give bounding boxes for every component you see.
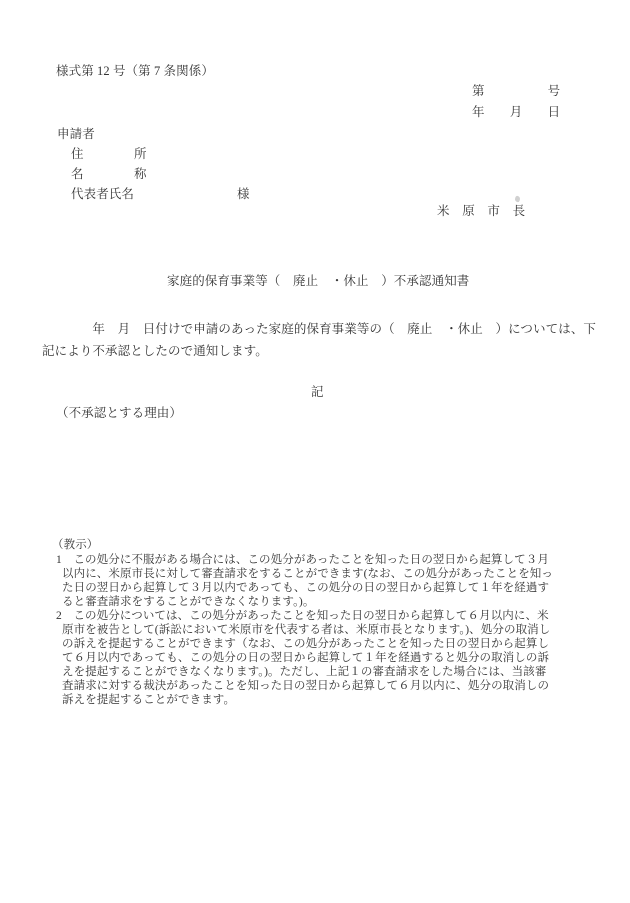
address-label: 住 所: [71, 147, 147, 161]
mayor-signature-line: 米 原 市 長: [437, 204, 525, 218]
kyoji-item2-line1: 2 この処分については、この処分があったことを知った日の翌日から起算して６月以内…: [56, 610, 549, 623]
kyoji-item2-line5: えを提起することができなくなります。)。ただし、上記１の審査請求をした場合には、…: [62, 666, 546, 679]
refusal-reason-label: （不承認とする理由）: [56, 406, 182, 420]
scanned-document-page: 様式第 12 号（第 7 条関係） 第 号 年 月 日 申請者 住 所 名 称 …: [0, 0, 630, 903]
body-paragraph-line-1: 年 月 日付けで申請のあった家庭的保育事業等の（ 廃止 ・休止 ）については、下: [42, 322, 596, 336]
body-paragraph-line-2: 記により不承認としたので通知します。: [42, 344, 268, 358]
kyoji-item1-line2: 以内に、米原市長に対して審査請求をすることができます(なお、この処分があったこと…: [62, 568, 553, 581]
kyoji-item2-line7: 訴えを提起することができます。: [62, 694, 235, 707]
document-number-line: 第 号: [472, 84, 560, 98]
kyoji-item2-line3: の訴えを提起することができます（なお、この処分があったことを知った日の翌日から起…: [62, 638, 549, 651]
applicant-label: 申請者: [57, 127, 95, 141]
kyoji-item2-line6: 査請求に対する裁決があったことを知った日の翌日から起算して６月以内に、処分の取消…: [62, 680, 549, 693]
kyoji-item2-line2: 原市を被告として(訴訟において米原市を代表する者は、米原市長となります。)、処分…: [62, 624, 550, 637]
kyoji-item1-line3: た日の翌日から起算して３月以内であっても、この処分の日の翌日から起算して１年を経…: [62, 582, 549, 595]
document-title: 家庭的保育事業等（ 廃止 ・休止 ）不承認通知書: [167, 274, 469, 288]
kyoji-item1-line1: 1 この処分に不服がある場合には、この処分があったことを知った日の翌日から起算し…: [56, 554, 549, 567]
form-number: 様式第 12 号（第 7 条関係）: [56, 64, 214, 78]
document-date-line: 年 月 日: [472, 105, 560, 119]
ki-marker: 記: [311, 385, 324, 399]
kyoji-heading: （教示）: [52, 539, 98, 552]
name-label: 名 称: [71, 167, 147, 181]
kyoji-item1-line4: ると審査請求をすることができなくなります。)。: [62, 596, 314, 609]
kyoji-item2-line4: て６月以内であっても、この処分の日の翌日から起算して１年を経過すると処分の取消し…: [62, 652, 549, 665]
representative-label: 代表者氏名: [71, 187, 134, 201]
scan-artifact-dot: [514, 195, 521, 202]
honorific-sama: 様: [237, 187, 250, 201]
